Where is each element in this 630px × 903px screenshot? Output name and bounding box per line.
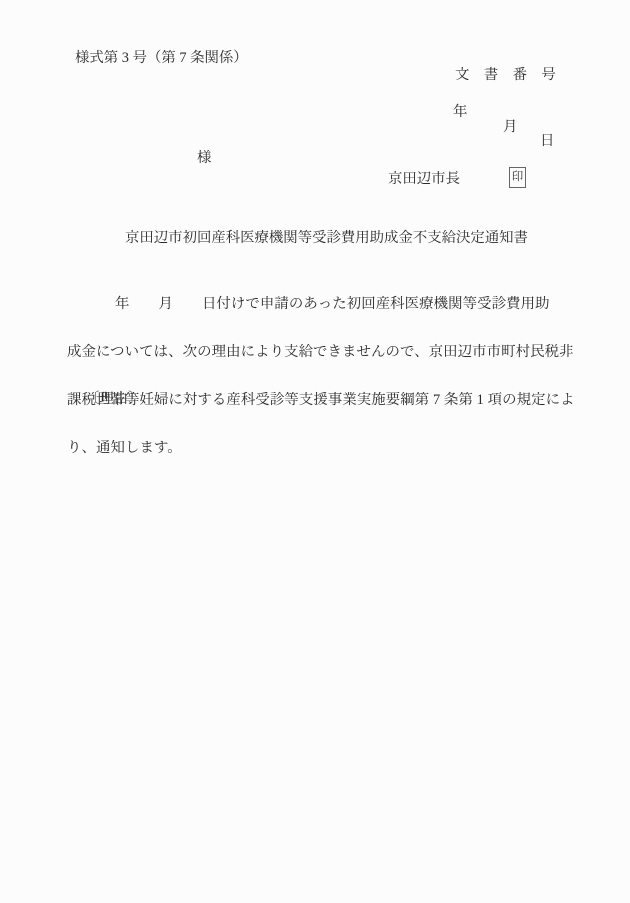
sender-name: 京田辺市長: [388, 172, 460, 186]
body-paragraph: 年 月 日付けで申請のあった初回産科医療機関等受診費用助 成金については、次の理…: [67, 266, 587, 488]
date-day-label: 日: [540, 134, 554, 148]
document-page: 様式第 3 号（第 7 条関係） 文 書 番 号 年 月 日 様 京田辺市長 印…: [0, 0, 630, 903]
body-line: 年 月 日付けで申請のあった初回産科医療機関等受診費用助: [67, 295, 587, 314]
body-line: 成金については、次の理由により支給できませんので、京田辺市市町村民税非: [67, 343, 587, 362]
addressee-honorific: 様: [197, 151, 211, 165]
seal-mark: 印: [509, 167, 526, 188]
document-title: 京田辺市初回産科医療機関等受診費用助成金不支給決定通知書: [125, 231, 528, 245]
body-line: り、通知します。: [67, 439, 587, 458]
document-number-label: 文 書 番 号: [455, 68, 556, 82]
date-year-label: 年: [453, 105, 467, 119]
form-number: 様式第 3 号（第 7 条関係）: [75, 51, 248, 65]
date-line: 年 月 日: [453, 91, 563, 106]
date-month-label: 月: [503, 120, 517, 134]
body-line: 課税世帯等妊婦に対する産科受診等支援事業実施要綱第 7 条第 1 項の規定によ: [67, 391, 587, 410]
reason-label: 〔理由〕: [85, 392, 143, 406]
